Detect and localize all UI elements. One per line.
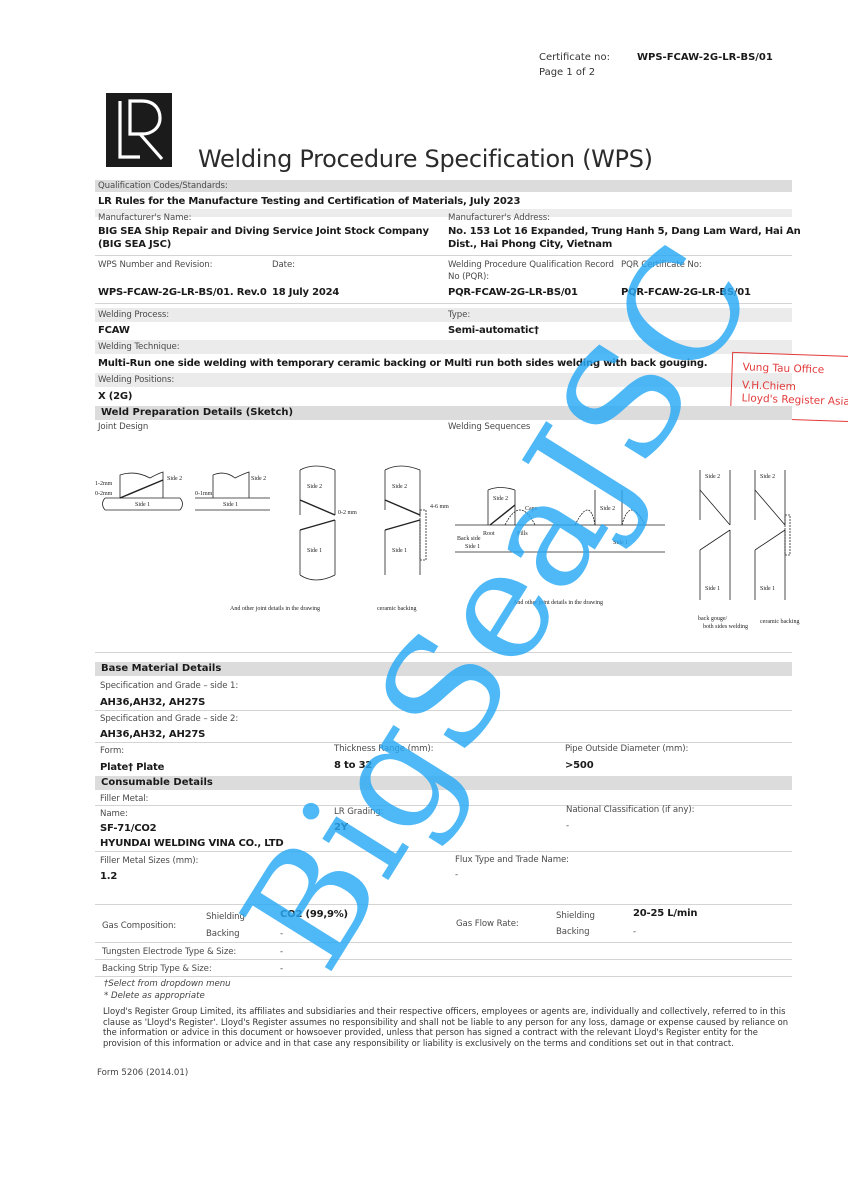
form-number: Form 5206 (2014.01) [97,1068,188,1078]
weld-sketch: Side 1 Side 1 Side 2 Side 2 1-2mm 0-2mm … [95,440,815,640]
welding-positions-label: Welding Positions: [98,375,174,385]
pipe-diameter-label: Pipe Outside Diameter (mm): [565,744,688,754]
sketch-other-joints-a: And other joint details in the drawing [230,606,320,612]
pqr-label: Welding Procedure Qualification Record [448,260,614,270]
manufacturer-address-line2: Dist., Hai Phong City, Vietnam [448,239,612,250]
welding-process-label: Welding Process: [98,310,169,320]
lr-logo [106,93,172,167]
flux-type-value: - [455,870,458,880]
sketch-other-joints-b: And other joint details in the drawing [513,600,603,606]
sketch-side1-a: Side 1 [135,502,150,508]
sketch-back-side: Back side [457,536,481,542]
gas-shielding-label: Shielding [206,912,245,922]
pipe-diameter-value: >500 [565,760,593,771]
welding-technique-label: Welding Technique: [98,342,180,352]
sketch-side2-d: Side 2 [392,484,407,490]
wps-number-value: WPS-FCAW-2G-LR-BS/01. Rev.0 [98,287,267,298]
pqr-label-line2: No (PQR): [448,272,489,282]
manufacturer-name-line2: (BIG SEA JSC) [98,239,171,250]
sketch-fills: Fills [517,531,528,537]
qualification-value: LR Rules for the Manufacture Testing and… [98,196,520,207]
backing-strip-value: - [280,964,283,974]
weld-prep-header: Weld Preparation Details (Sketch) [95,406,792,419]
spec-side2-label: Specification and Grade – side 2: [100,714,238,724]
gas-flow-label: Gas Flow Rate: [456,919,519,929]
page-title: Welding Procedure Specification (WPS) [198,145,653,173]
sketch-side1-c: Side 1 [307,548,322,554]
welding-process-value: FCAW [98,325,130,336]
sketch-side1-h: Side 1 [760,586,775,592]
lr-logo-icon [106,93,172,167]
flow-backing-value: - [633,927,636,937]
filler-metal-label: Filler Metal: [100,794,148,804]
spec-side2-value: AH36,AH32, AH27S [100,729,205,740]
sketch-side1-b: Side 1 [223,502,238,508]
welding-positions-value: X (2G) [98,391,132,402]
stamp-office: Vung Tau Office [742,361,844,378]
sketch-backing-4-6: 4-6 mm [430,504,449,510]
backing-strip-label: Backing Strip Type & Size: [102,964,212,974]
page-indicator: Page 1 of 2 [539,67,595,78]
base-material-header: Base Material Details [95,662,792,675]
sketch-ceramic-backing-a: ceramic backing [377,606,416,612]
type-value: Semi-automatic† [448,325,539,336]
filler-name-label: Name: [100,809,128,819]
spec-side1-value: AH36,AH32, AH27S [100,697,205,708]
date-label: Date: [272,260,295,270]
date-value: 18 July 2024 [272,287,339,298]
disclaimer: Lloyd's Register Group Limited, its affi… [103,1006,793,1048]
sketch-side1-e: Side 1 [465,544,480,550]
sketch-both-sides: both sides welding [703,624,748,630]
gas-composition-label: Gas Composition: [102,921,176,931]
footnote-delete: * Delete as appropriate [104,991,205,1001]
flux-type-label: Flux Type and Trade Name: [455,855,569,865]
sketch-gap-0-2: 0-2mm [95,491,113,497]
form-value: Plate† Plate [100,762,164,773]
sketch-side2-b: Side 2 [251,476,266,482]
certificate-number: WPS-FCAW-2G-LR-BS/01 [637,52,773,63]
certificate-label: Certificate no: [539,52,610,63]
flow-shielding-value: 20-25 L/min [633,908,697,919]
lr-grading-value: 2Y [334,822,348,833]
spec-side1-label: Specification and Grade – side 1: [100,681,238,691]
sketch-side2-c: Side 2 [307,484,322,490]
footnote-dropdown: †Select from dropdown menu [104,979,231,989]
form-label: Form: [100,746,124,756]
gas-shielding-value: CO2 (99,9%) [280,909,348,920]
flow-shielding-label: Shielding [556,911,595,921]
pqr-cert-value: PQR-FCAW-2G-LR-BS/01 [621,287,751,298]
sketch-ceramic-backing-b: ceramic backing [760,619,799,625]
gas-backing-label: Backing [206,929,239,939]
filler-manufacturer-value: HYUNDAI WELDING VINA CO., LTD [100,838,283,849]
consumables-header: Consumable Details [95,776,792,789]
sketch-back-gouge: back gouge/ [698,616,727,622]
sketch-side2-f: Side 2 [600,506,615,512]
wps-number-label: WPS Number and Revision: [98,260,212,270]
sketch-side2-a: Side 2 [167,476,182,482]
sketch-side1-d: Side 1 [392,548,407,554]
sketch-side1-f: Side 1 [613,540,628,546]
national-classification-value: - [566,821,569,831]
manufacturer-address-label: Manufacturer's Address: [448,213,550,223]
sketch-gap-0-2mm: 0-2 mm [338,510,357,516]
filler-sizes-label: Filler Metal Sizes (mm): [100,856,198,866]
tungsten-label: Tungsten Electrode Type & Size: [102,947,236,957]
flow-backing-label: Backing [556,927,589,937]
sketch-side1-g: Side 1 [705,586,720,592]
filler-name-value: SF-71/CO2 [100,823,156,834]
tungsten-value: - [280,947,283,957]
sketch-side2-h: Side 2 [760,474,775,480]
sketch-gap-1-2: 1-2mm [95,481,113,487]
sketch-gap-0-1: 0-1mm [195,491,213,497]
sketch-caps: Caps [525,506,538,512]
thickness-label: Thickness Range (mm): [334,744,433,754]
sketch-side2-e: Side 2 [493,496,508,502]
joint-design-label: Joint Design [98,422,148,432]
sketch-root: Root [483,531,495,537]
pqr-cert-label: PQR Certificate No: [621,260,702,270]
welding-technique-value: Multi-Run one side welding with temporar… [98,358,707,369]
type-label: Type: [448,310,470,320]
manufacturer-name-label: Manufacturer's Name: [98,213,191,223]
gas-backing-value: - [280,929,283,939]
manufacturer-name-line1: BIG SEA Ship Repair and Diving Service J… [98,226,429,237]
national-classification-label: National Classification (if any): [566,805,694,815]
lr-grading-label: LR Grading: [334,807,384,817]
sketch-side2-g: Side 2 [705,474,720,480]
filler-sizes-value: 1.2 [100,871,117,882]
manufacturer-address-line1: No. 153 Lot 16 Expanded, Trung Hanh 5, D… [448,226,801,237]
qualification-label: Qualification Codes/Standards: [98,181,228,191]
pqr-value: PQR-FCAW-2G-LR-BS/01 [448,287,578,298]
welding-sequences-label: Welding Sequences [448,422,530,432]
thickness-value: 8 to 32 [334,760,372,771]
